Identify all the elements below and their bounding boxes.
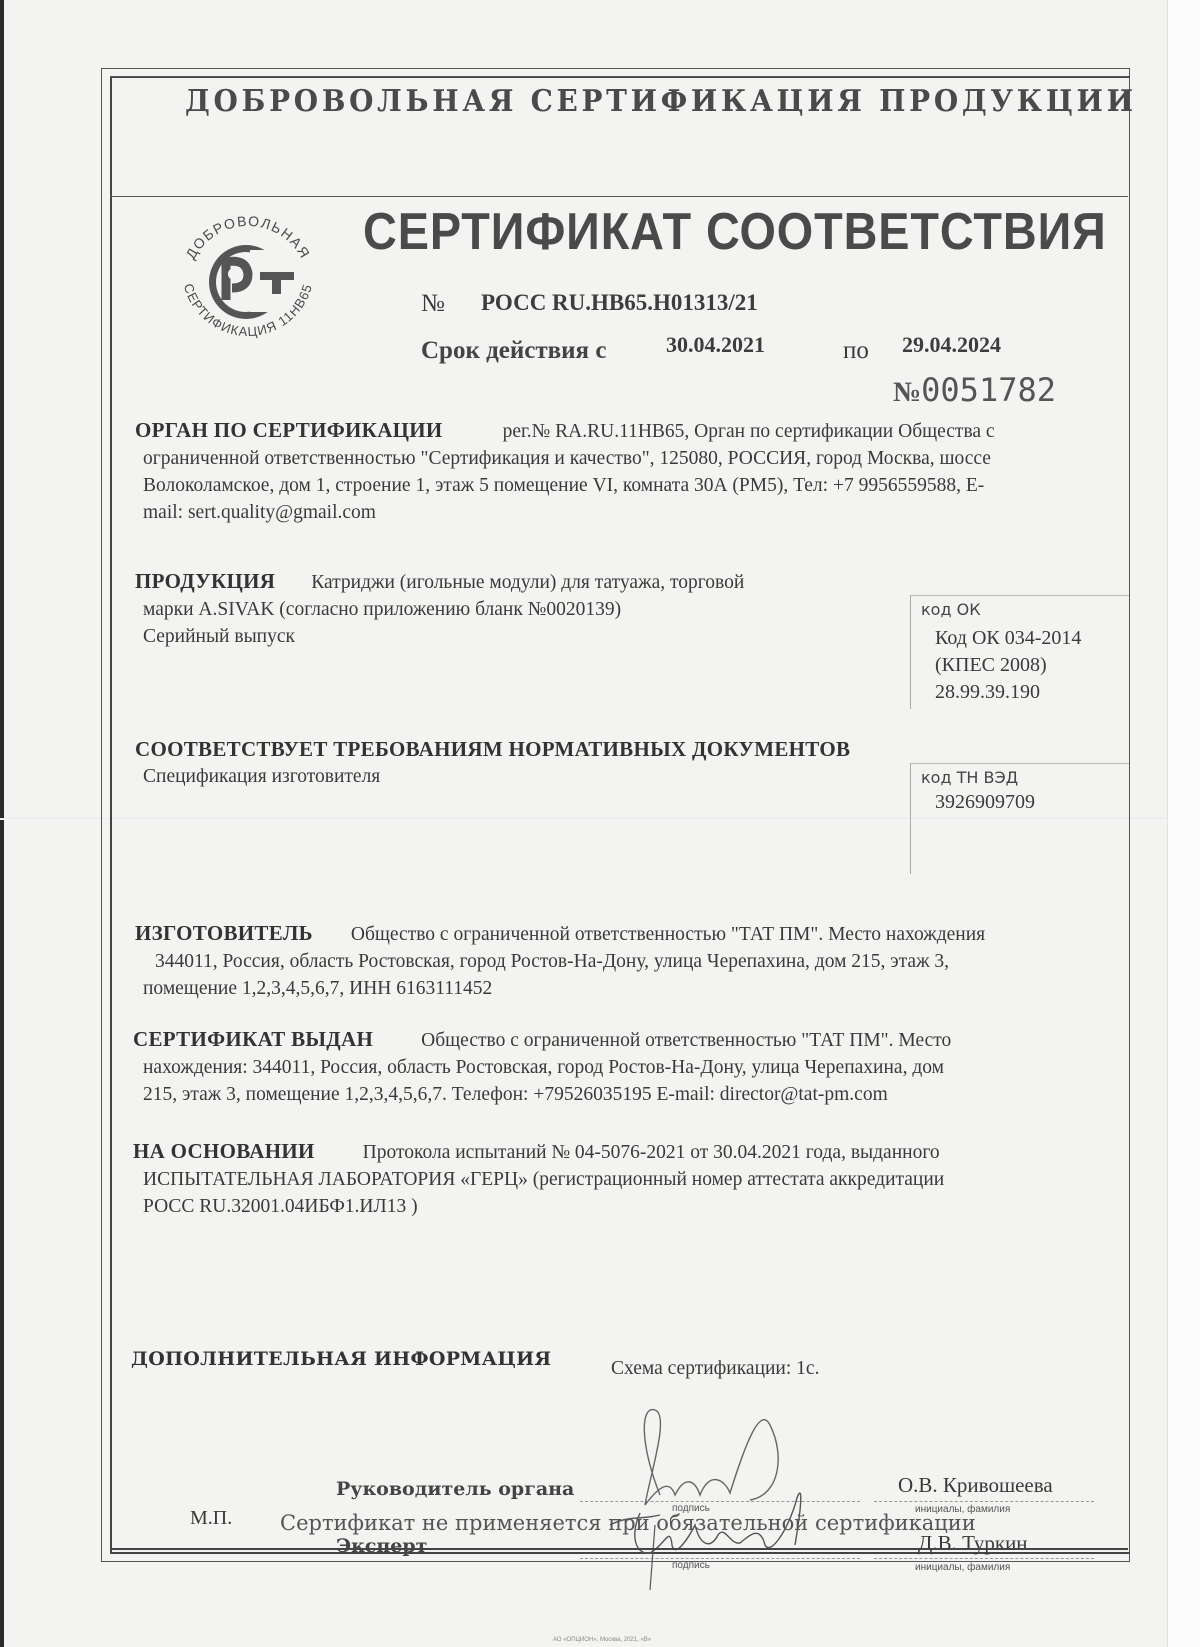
section-label-basis: НА ОСНОВАНИИ (133, 1139, 315, 1163)
product-line-1: Катриджи (игольные модули) для татуажа, … (311, 572, 744, 593)
certificate-title: СЕРТИФИКАТ СООТВЕТСТВИЯ (363, 202, 1107, 262)
stamp-place: М.П. (190, 1505, 232, 1532)
scan-edge-right (1167, 0, 1200, 1647)
section-label-product: ПРОДУКЦИЯ (135, 569, 275, 593)
handwritten-signatures (600, 1385, 860, 1595)
expert-name-line (874, 1558, 1094, 1559)
code-ok-label: код ОК (911, 596, 1129, 619)
section-label-additional: ДОПОЛНИТЕЛЬНАЯ ИНФОРМАЦИЯ (131, 1348, 551, 1370)
code-tnved-value: 3926909709 (911, 787, 1129, 816)
blank-number-value: 0051782 (921, 371, 1056, 409)
header-rule (110, 196, 1128, 197)
section-label-manufacturer: ИЗГОТОВИТЕЛЬ (135, 921, 313, 945)
code-ok-box: код ОК Код ОК 034-2014 (КПЕС 2008) 28.99… (910, 595, 1129, 709)
basis-line-1: Протокола испытаний № 04-5076-2021 от 30… (363, 1142, 940, 1163)
valid-to-label: по (843, 337, 869, 365)
footer-rule-1 (110, 1548, 1128, 1550)
section-manufacturer: ИЗГОТОВИТЕЛЬОбщество с ограниченной отве… (135, 920, 1135, 1002)
organ-line-3: Волоколамское, дом 1, строение 1, этаж 5… (135, 472, 1085, 499)
issued-to-line-3: 215, этаж 3, помещение 1,2,3,4,5,6,7. Те… (133, 1081, 1133, 1108)
printer-imprint: АО «ОПЦИОН», Москва, 2021, «В» (553, 1637, 651, 1643)
validity-label: Срок действия с (421, 337, 606, 365)
section-label-conformity: СООТВЕТСТВУЕТ ТРЕБОВАНИЯМ НОРМАТИВНЫХ ДО… (135, 736, 895, 763)
product-line-2: марки A.SIVAK (согласно приложению бланк… (135, 596, 855, 623)
section-issued-to: СЕРТИФИКАТ ВЫДАНОбщество с ограниченной … (133, 1026, 1133, 1108)
expert-role-label: Эксперт (336, 1535, 427, 1557)
product-line-3: Серийный выпуск (135, 623, 855, 650)
basis-line-3: РОСС RU.32001.04ИБФ1.ИЛ13 ) (133, 1193, 1133, 1220)
section-label-issued-to: СЕРТИФИКАТ ВЫДАН (133, 1027, 373, 1051)
section-conformity: СООТВЕТСТВУЕТ ТРЕБОВАНИЯМ НОРМАТИВНЫХ ДО… (135, 736, 895, 790)
code-tnved-box: код ТН ВЭД 3926909709 (910, 763, 1129, 874)
scan-edge-left (0, 0, 4, 1647)
code-ok-line-1: Код ОК 034-2014 (935, 625, 1129, 652)
organ-line-1: рег.№ RA.RU.11НВ65, Орган по сертификаци… (503, 421, 995, 442)
certification-scheme: Схема сертификации: 1с. (611, 1355, 819, 1382)
organ-line-2: ограниченной ответственностью "Сертифика… (135, 445, 1085, 472)
manufacturer-line-2: 344011, Россия, область Ростовская, горо… (135, 948, 1135, 975)
code-ok-values: Код ОК 034-2014 (КПЕС 2008) 28.99.39.190 (911, 619, 1129, 706)
number-sign: № (421, 290, 445, 318)
blank-number-sign: № (893, 377, 921, 408)
basis-line-2: ИСПЫТАТЕЛЬНАЯ ЛАБОРАТОРИЯ «ГЕРЦ» (регист… (133, 1166, 1133, 1193)
top-rule (110, 76, 1128, 77)
section-label-organ: ОРГАН ПО СЕРТИФИКАЦИИ (135, 418, 443, 442)
head-name-line (874, 1501, 1094, 1502)
section-certification-body: ОРГАН ПО СЕРТИФИКАЦИИрег.№ RA.RU.11НВ65,… (135, 417, 1085, 526)
section-basis: НА ОСНОВАНИИПротокола испытаний № 04-507… (133, 1138, 1133, 1220)
issued-to-line-2: нахождения: 344011, Россия, область Рост… (133, 1054, 1133, 1081)
rst-voluntary-certification-logo: ДОБРОВОЛЬНАЯ СЕРТИФИКАЦИЯ 11НВ65 (168, 200, 328, 360)
blank-number: №0051782 (893, 371, 1056, 409)
code-ok-line-2: (КПЕС 2008) (935, 652, 1129, 679)
top-heading: ДОБРОВОЛЬНАЯ СЕРТИФИКАЦИЯ ПРОДУКЦИИ (185, 84, 1137, 119)
head-name: О.В. Кривошеева (898, 1472, 1053, 1499)
issued-to-line-1: Общество с ограниченной ответственностью… (421, 1030, 951, 1051)
valid-from-date: 30.04.2021 (666, 332, 765, 358)
head-role-label: Руководитель органа (336, 1478, 574, 1500)
manufacturer-line-3: помещение 1,2,3,4,5,6,7, ИНН 6163111452 (135, 975, 1135, 1002)
organ-line-4: mail: sert.quality@gmail.com (135, 499, 1085, 526)
code-tnved-label: код ТН ВЭД (911, 764, 1129, 787)
certificate-number: РОСС RU.НВ65.Н01313/21 (481, 290, 758, 316)
code-ok-line-3: 28.99.39.190 (935, 679, 1129, 706)
footer-note: Сертификат не применяется при обязательн… (280, 1511, 976, 1535)
conformity-text: Спецификация изготовителя (135, 763, 895, 790)
expert-name-caption: инициалы, фамилия (915, 1562, 1010, 1573)
valid-to-date: 29.04.2024 (902, 332, 1001, 358)
manufacturer-line-1: Общество с ограниченной ответственностью… (351, 924, 985, 945)
section-product: ПРОДУКЦИЯКатриджи (игольные модули) для … (135, 568, 855, 650)
